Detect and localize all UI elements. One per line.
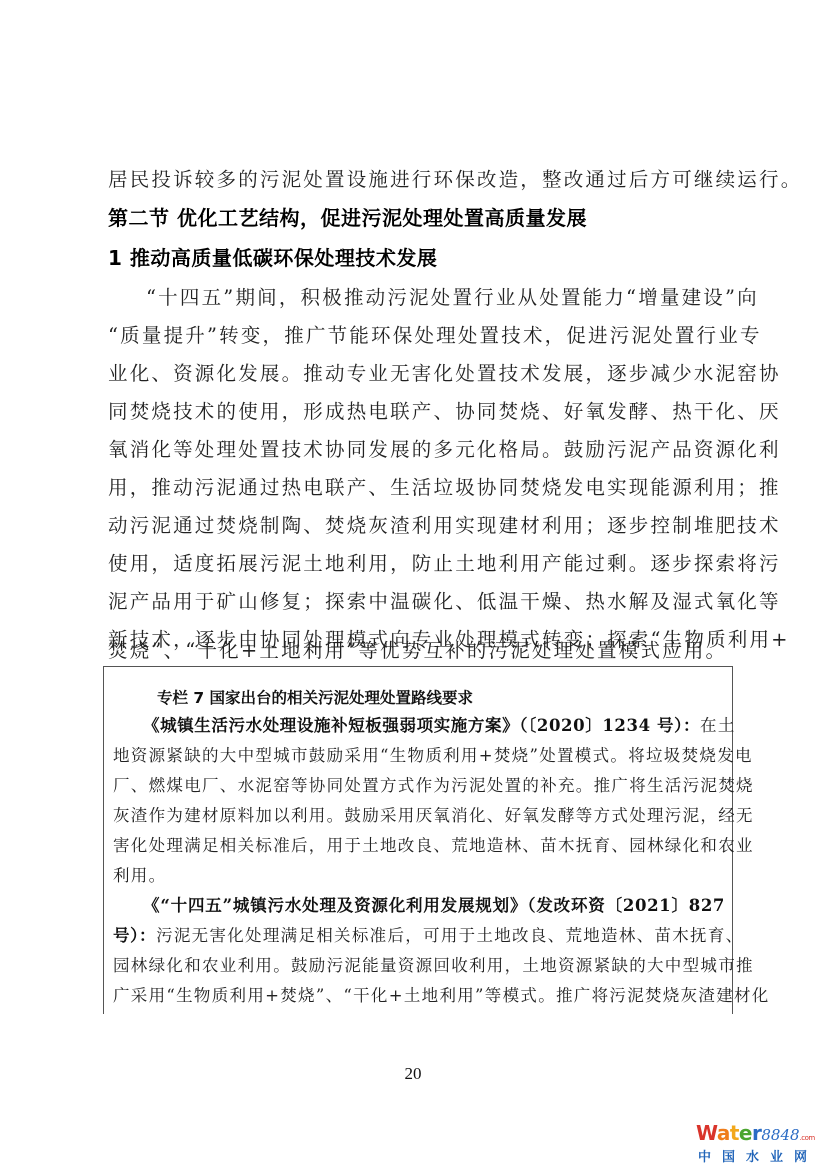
watermark-logo: Water8848.com 中国水业网 — [696, 1122, 821, 1166]
paragraph-line: 同焚烧技术的使用，形成热电联产、协同焚烧、好氧发酵、热干化、厌 — [108, 398, 728, 426]
paragraph-line: 动污泥通过焚烧制陶、焚烧灰渣利用实现建材利用；逐步控制堆肥技术 — [108, 512, 728, 540]
paragraph-line: 焚烧”、“干化+土地利用”等优势互补的污泥处理处置模式应用。 — [108, 637, 728, 665]
watermark-wordmark: Water8848.com — [696, 1122, 821, 1149]
regulation-title-1: 《城镇生活污水处理设施补短板强弱项实施方案》（〔2020〕1234 号）： — [143, 716, 700, 735]
paragraph-line: 使用，适度拓展污泥土地利用，防止土地利用产能过剩。逐步探索将污 — [108, 550, 728, 578]
box-line: 灰渣作为建材原料加以利用。鼓励采用厌氧消化、好氧发酵等方式处理污泥，经无 — [113, 804, 725, 828]
box-line: 利用。 — [113, 864, 725, 888]
watermark-chinese: 中国水业网 — [696, 1149, 821, 1167]
box-line: 厂、燃煤电厂、水泥窑等协同处置方式作为污泥处置的补充。推广将生活污泥焚烧 — [113, 774, 725, 798]
box-line: 害化处理满足相关标准后，用于土地改良、荒地造林、苗木抚育、园林绿化和农业 — [113, 834, 725, 858]
paragraph-line: “质量提升”转变，推广节能环保处理处置技术，促进污泥处置行业专 — [108, 322, 728, 350]
box-line: 地资源紧缺的大中型城市鼓励采用“生物质利用+焚烧”处置模式。将垃圾焚烧发电 — [113, 744, 725, 768]
box-line: 广采用“生物质利用+焚烧”、“干化+土地利用”等模式。推广将污泥焚烧灰渣建材化 — [113, 984, 725, 1008]
subsection-heading: 1 推动高质量低碳环保处理技术发展 — [108, 244, 437, 272]
paragraph-line: 氧消化等处理处置技术协同发展的多元化格局。鼓励污泥产品资源化利 — [108, 436, 728, 464]
box-item-2-first-line: 《“十四五”城镇污水处理及资源化利用发展规划》（发改环资〔2021〕827 — [143, 894, 725, 918]
box-title: 专栏 7 国家出台的相关污泥处理处置路线要求 — [0, 686, 630, 710]
paragraph-line: 业化、资源化发展。推动专业无害化处置技术发展，逐步减少水泥窑协 — [108, 360, 728, 388]
box-item-2-second-line: 号）：污泥无害化处理满足相关标准后，可用于土地改良、荒地造林、苗木抚育、 — [113, 924, 725, 948]
paragraph-line: 用，推动污泥通过热电联产、生活垃圾协同焚烧发电实现能源利用；推 — [108, 474, 728, 502]
section-heading: 第二节 优化工艺结构，促进污泥处理处置高质量发展 — [108, 204, 587, 232]
page-number: 20 — [0, 1064, 826, 1084]
paragraph-line: 泥产品用于矿山修复；探索中温碳化、低温干燥、热水解及湿式氧化等 — [108, 588, 728, 616]
intro-line: 居民投诉较多的污泥处置设施进行环保改造，整改通过后方可继续运行。 — [108, 166, 728, 194]
regulation-title-2: 《“十四五”城镇污水处理及资源化利用发展规划》（发改环资〔2021〕827 — [143, 896, 725, 915]
box-item-1-first-line: 《城镇生活污水处理设施补短板强弱项实施方案》（〔2020〕1234 号）：在土 — [143, 714, 725, 738]
paragraph-line: “十四五”期间，积极推动污泥处置行业从处置能力“增量建设”向 — [146, 284, 728, 312]
document-page: 居民投诉较多的污泥处置设施进行环保改造，整改通过后方可继续运行。 第二节 优化工… — [0, 0, 826, 1169]
box-line: 园林绿化和农业利用。鼓励污泥能量资源回收利用，土地资源紧缺的大中型城市推 — [113, 954, 725, 978]
